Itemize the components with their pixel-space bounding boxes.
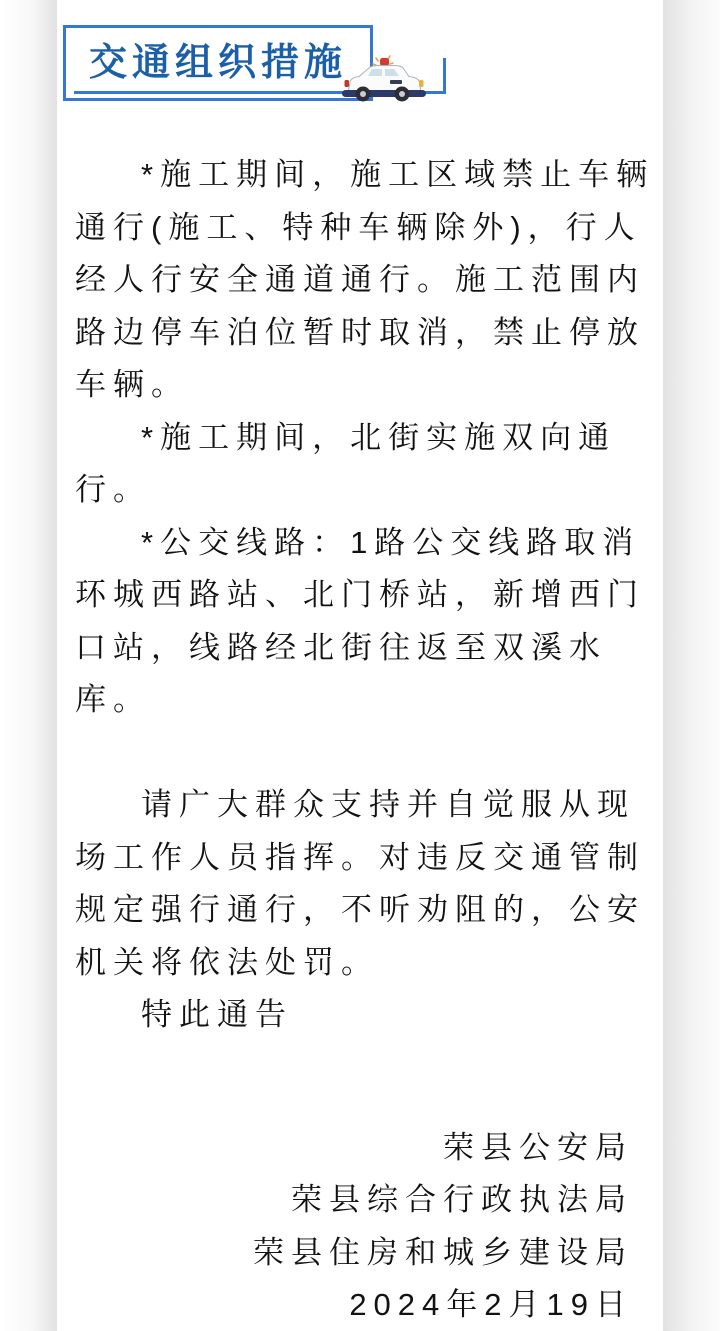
- left-page-shadow: [0, 0, 57, 1331]
- section-title: 交通组织措施: [66, 28, 370, 98]
- paragraph-bus-route: *公交线路：1路公交线路取消环城西路站、北门桥站，新增西门口站，线路经北街往返至…: [75, 517, 663, 727]
- paragraph-construction-ban: *施工期间，施工区域禁止车辆通行(施工、特种车辆除外)，行人经人行安全通道通行。…: [75, 149, 663, 412]
- signature-date: 2024年2月19日: [75, 1279, 633, 1331]
- car-door-stripe: [390, 80, 402, 84]
- notice-body: *施工期间，施工区域禁止车辆通行(施工、特种车辆除外)，行人经人行安全通道通行。…: [75, 149, 663, 1331]
- signature-block: 荣县公安局 荣县综合行政执法局 荣县住房和城乡建设局 2024年2月19日: [75, 1122, 663, 1331]
- paragraph-two-way-traffic: *施工期间，北街实施双向通行。: [75, 412, 663, 517]
- signature-admin-law-enforcement-bureau: 荣县综合行政执法局: [75, 1174, 633, 1227]
- section-title-box: 交通组织措施: [63, 25, 373, 101]
- siren-light: [380, 58, 389, 66]
- paragraph-public-appeal: 请广大群众支持并自觉服从现场工作人员指挥。对违反交通管制规定强行通行，不听劝阻的…: [75, 779, 663, 989]
- car-tail-light: [345, 80, 350, 87]
- car-chassis: [342, 90, 426, 97]
- notice-page: 交通组织措施: [0, 0, 720, 1331]
- right-page-shadow: [663, 0, 720, 1331]
- paragraph-hereby-notice: 特此通告: [75, 989, 663, 1042]
- signature-public-security-bureau: 荣县公安局: [75, 1122, 633, 1175]
- signature-housing-urban-rural-bureau: 荣县住房和城乡建设局: [75, 1227, 633, 1280]
- notice-card: 交通组织措施: [57, 0, 663, 1331]
- car-head-light: [419, 80, 424, 87]
- police-car-icon: [338, 54, 430, 104]
- title-accent-line: [443, 58, 446, 94]
